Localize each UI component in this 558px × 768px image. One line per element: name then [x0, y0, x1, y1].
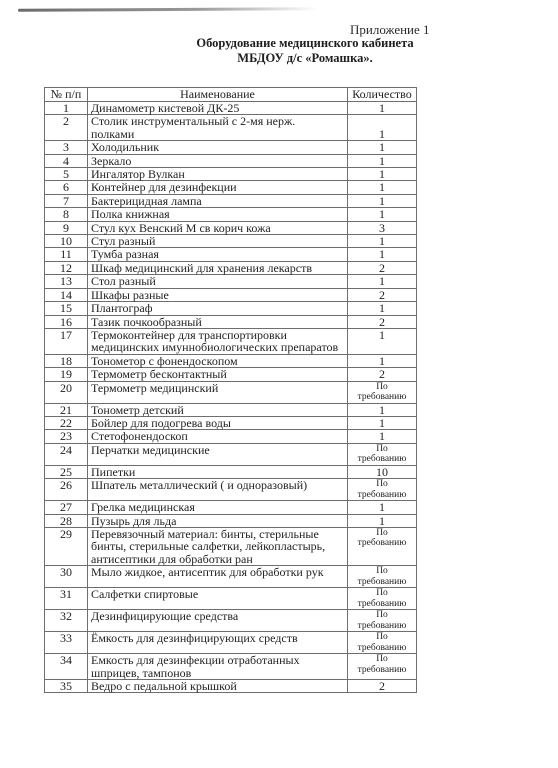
- item-quantity-text: 2: [379, 315, 385, 329]
- item-name: Плантограф: [88, 302, 348, 315]
- item-quantity: 1: [348, 430, 417, 443]
- row-number-text: 25: [60, 465, 72, 479]
- row-number: 20: [45, 381, 88, 403]
- item-quantity-text: По требованию: [358, 566, 407, 587]
- row-number-text: 35: [60, 679, 72, 693]
- table-row: 35Ведро с педальной крышкой2: [45, 680, 417, 693]
- item-name: Ёмкость для дезинфицирующих средств: [88, 632, 348, 654]
- item-name: Грелка медицинская: [88, 501, 348, 514]
- table-row: 25Пипетки10: [45, 465, 417, 478]
- item-name-text: Шкафы разные: [91, 288, 169, 302]
- item-name-text: Бактерицидная лампа: [91, 194, 202, 208]
- table-row: 13Стол разный1: [45, 275, 417, 288]
- item-name-text: Тонометр детский: [91, 403, 184, 417]
- item-quantity-text: 1: [379, 234, 385, 248]
- row-number-text: 24: [60, 443, 72, 457]
- header-number: № п/п: [45, 88, 88, 102]
- item-quantity-text: 1: [379, 180, 385, 194]
- item-name: Ингалятор Вулкан: [88, 168, 348, 181]
- item-quantity: 1: [348, 154, 417, 167]
- row-number-text: 30: [60, 565, 72, 579]
- row-number-text: 15: [60, 301, 72, 315]
- item-name-text: Термоконтейнер для транспортировки медиц…: [91, 328, 338, 354]
- row-number-text: 34: [60, 653, 72, 667]
- row-number: 3: [45, 141, 88, 154]
- title-line-2: МБДОУ д/с «Ромашка».: [190, 51, 420, 66]
- row-number-text: 1: [63, 101, 69, 115]
- row-number-text: 5: [63, 167, 69, 181]
- row-number-text: 10: [60, 234, 72, 248]
- row-number: 2: [45, 115, 88, 141]
- row-number: 33: [45, 632, 88, 654]
- item-quantity: 2: [348, 680, 417, 693]
- item-name: Емкость для дезинфекции отработанных шпр…: [88, 654, 348, 680]
- header-name: Наименование: [88, 88, 348, 102]
- item-quantity: 2: [348, 261, 417, 274]
- table-row: 30Мыло жидкое, антисептик для обработки …: [45, 566, 417, 588]
- table-row: 8Полка книжная1: [45, 208, 417, 221]
- item-name-text: Термометр бесконтактный: [91, 367, 227, 381]
- item-quantity: 1: [348, 181, 417, 194]
- item-name: Тазик почкообразный: [88, 315, 348, 328]
- item-name: Пузырь для льда: [88, 514, 348, 527]
- row-number: 32: [45, 610, 88, 632]
- row-number: 10: [45, 235, 88, 248]
- row-number: 28: [45, 514, 88, 527]
- item-quantity: 1: [348, 141, 417, 154]
- item-quantity: 3: [348, 221, 417, 234]
- item-name-text: Тонометор с фонендоскопом: [91, 354, 238, 368]
- row-number-text: 11: [60, 247, 72, 261]
- item-name-text: Полка книжная: [91, 207, 170, 221]
- row-number: 1: [45, 102, 88, 115]
- table-row: 31Салфетки спиртовыеПо требованию: [45, 588, 417, 610]
- row-number-text: 28: [60, 514, 72, 528]
- item-name: Пипетки: [88, 465, 348, 478]
- table-row: 33Ёмкость для дезинфицирующих средствПо …: [45, 632, 417, 654]
- row-number-text: 20: [60, 381, 72, 395]
- item-name: Стул разный: [88, 235, 348, 248]
- item-quantity-text: По требованию: [358, 654, 407, 675]
- item-name-text: Пипетки: [91, 465, 135, 479]
- item-quantity: По требованию: [348, 632, 417, 654]
- row-number: 30: [45, 566, 88, 588]
- item-quantity-text: 2: [379, 288, 385, 302]
- item-name: Тумба разная: [88, 248, 348, 261]
- item-name: Перчатки медицинские: [88, 443, 348, 465]
- table-row: 26Шпатель металлический ( и одноразовый)…: [45, 479, 417, 501]
- item-quantity: 1: [348, 115, 417, 141]
- item-name-text: Термометр медицинский: [91, 381, 218, 395]
- row-number-text: 6: [63, 180, 69, 194]
- item-quantity: По требованию: [348, 479, 417, 501]
- item-name-text: Стол разный: [91, 274, 156, 288]
- item-quantity-text: 3: [379, 221, 385, 235]
- row-number: 9: [45, 221, 88, 234]
- item-name-text: Динамометр кистевой ДК-25: [91, 101, 239, 115]
- item-name-text: Стетофонендоскоп: [91, 429, 188, 443]
- table-row: 29Перевязочный материал: бинты, стерильн…: [45, 527, 417, 565]
- item-quantity-text: 1: [379, 101, 385, 115]
- item-quantity-text: 1: [379, 167, 385, 181]
- table-row: 20Термометр медицинскийПо требованию: [45, 381, 417, 403]
- row-number-text: 7: [63, 194, 69, 208]
- item-name-text: Перевязочный материал: бинты, стерильные…: [91, 527, 325, 566]
- item-name: Тонометр детский: [88, 403, 348, 416]
- item-name-text: Тумба разная: [91, 247, 159, 261]
- item-name-text: Плантограф: [91, 301, 153, 315]
- row-number-text: 3: [63, 140, 69, 154]
- item-name: Шпатель металлический ( и одноразовый): [88, 479, 348, 501]
- row-number: 24: [45, 443, 88, 465]
- item-name: Дезинфицирующие средства: [88, 610, 348, 632]
- row-number: 8: [45, 208, 88, 221]
- item-quantity: 1: [348, 354, 417, 367]
- table-row: 6Контейнер для дезинфекции1: [45, 181, 417, 194]
- row-number: 11: [45, 248, 88, 261]
- item-quantity: 10: [348, 465, 417, 478]
- table-body: 1Динамометр кистевой ДК-2512Столик инстр…: [45, 102, 417, 693]
- item-name-text: Емкость для дезинфекции отработанных шпр…: [91, 653, 300, 679]
- item-name-text: Перчатки медицинские: [91, 443, 210, 457]
- row-number-text: 31: [60, 587, 72, 601]
- item-name-text: Шпатель металлический ( и одноразовый): [91, 478, 307, 492]
- header-quantity: Количество: [348, 88, 417, 102]
- item-quantity: 1: [348, 501, 417, 514]
- item-name: Бойлер для подогрева воды: [88, 416, 348, 429]
- row-number-text: 12: [60, 261, 72, 275]
- table-row: 3Холодильник1: [45, 141, 417, 154]
- table-row: 5Ингалятор Вулкан1: [45, 168, 417, 181]
- item-name: Зеркало: [88, 154, 348, 167]
- item-name: Термометр медицинский: [88, 381, 348, 403]
- row-number-text: 21: [60, 403, 72, 417]
- item-quantity-text: 1: [379, 140, 385, 154]
- item-name: Термоконтейнер для транспортировки медиц…: [88, 328, 348, 354]
- row-number: 26: [45, 479, 88, 501]
- item-quantity-text: По требованию: [358, 444, 407, 465]
- item-name-text: Стул разный: [91, 234, 155, 248]
- table-row: 27Грелка медицинская1: [45, 501, 417, 514]
- item-quantity: 1: [348, 403, 417, 416]
- item-quantity-text: По требованию: [358, 528, 407, 549]
- item-quantity-text: По требованию: [358, 479, 407, 500]
- item-name: Термометр бесконтактный: [88, 368, 348, 381]
- row-number-text: 27: [60, 500, 72, 514]
- row-number-text: 32: [60, 609, 72, 623]
- item-quantity-text: 1: [379, 154, 385, 168]
- item-name-text: Зеркало: [91, 154, 131, 168]
- item-quantity-text: 2: [379, 367, 385, 381]
- table-row: 12Шкаф медицинский для хранения лекарств…: [45, 261, 417, 274]
- table-row: 4Зеркало1: [45, 154, 417, 167]
- equipment-table: № п/п Наименование Количество 1Динамомет…: [44, 87, 417, 693]
- item-name: Стул кух Венский М св корич кожа: [88, 221, 348, 234]
- row-number: 27: [45, 501, 88, 514]
- row-number: 12: [45, 261, 88, 274]
- table-row: 24Перчатки медицинскиеПо требованию: [45, 443, 417, 465]
- item-quantity: По требованию: [348, 443, 417, 465]
- table-row: 19Термометр бесконтактный2: [45, 368, 417, 381]
- item-name: Салфетки спиртовые: [88, 588, 348, 610]
- row-number-text: 9: [63, 221, 69, 235]
- item-name: Контейнер для дезинфекции: [88, 181, 348, 194]
- item-quantity-text: 1: [379, 403, 385, 417]
- row-number-text: 16: [60, 315, 72, 329]
- item-name: Ведро с педальной крышкой: [88, 680, 348, 693]
- table-row: 22Бойлер для подогрева воды1: [45, 416, 417, 429]
- row-number: 25: [45, 465, 88, 478]
- table-header-row: № п/п Наименование Количество: [45, 88, 417, 102]
- row-number: 31: [45, 588, 88, 610]
- item-quantity-text: 1: [379, 354, 385, 368]
- item-quantity-text: 1: [379, 194, 385, 208]
- item-name-text: Стул кух Венский М св корич кожа: [91, 221, 271, 235]
- item-name: Перевязочный материал: бинты, стерильные…: [88, 527, 348, 565]
- table-row: 14Шкафы разные2: [45, 288, 417, 301]
- item-name: Стол разный: [88, 275, 348, 288]
- item-name-text: Контейнер для дезинфекции: [91, 180, 237, 194]
- item-name-text: Ингалятор Вулкан: [91, 167, 185, 181]
- row-number: 29: [45, 527, 88, 565]
- row-number-text: 4: [63, 154, 69, 168]
- row-number-text: 2: [63, 114, 69, 128]
- item-quantity: По требованию: [348, 588, 417, 610]
- table-row: 16Тазик почкообразный2: [45, 315, 417, 328]
- row-number-text: 33: [60, 631, 72, 645]
- row-number-text: 8: [63, 207, 69, 221]
- row-number-text: 19: [60, 367, 72, 381]
- item-quantity: 1: [348, 168, 417, 181]
- row-number: 23: [45, 430, 88, 443]
- row-number: 5: [45, 168, 88, 181]
- item-quantity-text: 1: [379, 328, 385, 342]
- item-quantity-text: 1: [379, 301, 385, 315]
- document-title: Оборудование медицинского кабинета МБДОУ…: [190, 36, 420, 66]
- table-row: 2Столик инструментальный с 2-мя нерж. по…: [45, 115, 417, 141]
- item-name: Холодильник: [88, 141, 348, 154]
- row-number-text: 22: [60, 416, 72, 430]
- row-number-text: 26: [60, 478, 72, 492]
- row-number-text: 17: [60, 328, 72, 342]
- table-row: 23Стетофонендоскоп1: [45, 430, 417, 443]
- item-name: Столик инструментальный с 2-мя нерж. пол…: [88, 115, 348, 141]
- row-number: 21: [45, 403, 88, 416]
- item-quantity-text: 10: [376, 465, 388, 479]
- table-row: 32Дезинфицирующие средстваПо требованию: [45, 610, 417, 632]
- item-quantity: По требованию: [348, 527, 417, 565]
- row-number: 4: [45, 154, 88, 167]
- scan-edge-artifact: [18, 7, 318, 12]
- item-quantity-text: 1: [379, 500, 385, 514]
- item-quantity-text: 2: [379, 679, 385, 693]
- row-number-text: 18: [60, 354, 72, 368]
- row-number-text: 23: [60, 429, 72, 443]
- title-line-1: Оборудование медицинского кабинета: [190, 36, 420, 51]
- item-name-text: Пузырь для льда: [91, 514, 176, 528]
- item-name-text: Шкаф медицинский для хранения лекарств: [91, 261, 312, 275]
- item-quantity: 2: [348, 288, 417, 301]
- item-quantity: 1: [348, 514, 417, 527]
- item-quantity: 1: [348, 328, 417, 354]
- item-name: Стетофонендоскоп: [88, 430, 348, 443]
- item-name-text: Салфетки спиртовые: [91, 587, 198, 601]
- row-number: 19: [45, 368, 88, 381]
- row-number: 14: [45, 288, 88, 301]
- row-number: 15: [45, 302, 88, 315]
- item-quantity: По требованию: [348, 610, 417, 632]
- table-row: 9Стул кух Венский М св корич кожа3: [45, 221, 417, 234]
- item-quantity-text: 1: [379, 207, 385, 221]
- table-row: 34Емкость для дезинфекции отработанных ш…: [45, 654, 417, 680]
- item-quantity: 1: [348, 194, 417, 207]
- item-quantity: 1: [348, 248, 417, 261]
- item-quantity: 1: [348, 102, 417, 115]
- item-name-text: Мыло жидкое, антисептик для обработки ру…: [91, 565, 324, 579]
- item-quantity: 1: [348, 416, 417, 429]
- item-quantity-text: 1: [379, 127, 385, 141]
- item-quantity-text: По требованию: [358, 632, 407, 653]
- table-row: 21Тонометр детский1: [45, 403, 417, 416]
- table-row: 28Пузырь для льда1: [45, 514, 417, 527]
- table-row: 11Тумба разная1: [45, 248, 417, 261]
- item-quantity-text: По требованию: [358, 588, 407, 609]
- table-row: 1Динамометр кистевой ДК-251: [45, 102, 417, 115]
- item-name: Динамометр кистевой ДК-25: [88, 102, 348, 115]
- item-quantity: По требованию: [348, 654, 417, 680]
- row-number: 22: [45, 416, 88, 429]
- table-row: 18Тонометор с фонендоскопом1: [45, 354, 417, 367]
- item-quantity-text: 1: [379, 514, 385, 528]
- row-number: 7: [45, 194, 88, 207]
- row-number: 13: [45, 275, 88, 288]
- item-quantity: По требованию: [348, 381, 417, 403]
- item-name-text: Дезинфицирующие средства: [91, 609, 238, 623]
- item-name-text: Ёмкость для дезинфицирующих средств: [91, 631, 298, 645]
- item-quantity-text: 1: [379, 247, 385, 261]
- item-quantity-text: По требованию: [358, 382, 407, 403]
- item-name: Бактерицидная лампа: [88, 194, 348, 207]
- item-quantity: 1: [348, 208, 417, 221]
- item-quantity-text: 1: [379, 429, 385, 443]
- item-name-text: Холодильник: [91, 140, 159, 154]
- item-name: Мыло жидкое, антисептик для обработки ру…: [88, 566, 348, 588]
- item-quantity: 1: [348, 302, 417, 315]
- item-quantity: 1: [348, 235, 417, 248]
- item-name-text: Тазик почкообразный: [91, 315, 202, 329]
- item-name-text: Грелка медицинская: [91, 500, 195, 514]
- row-number: 17: [45, 328, 88, 354]
- item-quantity: 2: [348, 315, 417, 328]
- row-number: 35: [45, 680, 88, 693]
- item-name-text: Бойлер для подогрева воды: [91, 416, 231, 430]
- item-name: Полка книжная: [88, 208, 348, 221]
- table-row: 17Термоконтейнер для транспортировки мед…: [45, 328, 417, 354]
- row-number: 18: [45, 354, 88, 367]
- row-number-text: 13: [60, 274, 72, 288]
- item-quantity-text: 1: [379, 416, 385, 430]
- item-name-text: Столик инструментальный с 2-мя нерж. пол…: [91, 114, 295, 140]
- table-row: 15Плантограф1: [45, 302, 417, 315]
- item-quantity: По требованию: [348, 566, 417, 588]
- item-quantity-text: 2: [379, 261, 385, 275]
- item-name: Шкафы разные: [88, 288, 348, 301]
- item-name-text: Ведро с педальной крышкой: [91, 679, 237, 693]
- row-number: 34: [45, 654, 88, 680]
- row-number: 6: [45, 181, 88, 194]
- item-quantity: 2: [348, 368, 417, 381]
- row-number-text: 29: [60, 527, 72, 541]
- table-row: 7Бактерицидная лампа1: [45, 194, 417, 207]
- item-name: Шкаф медицинский для хранения лекарств: [88, 261, 348, 274]
- item-name: Тонометор с фонендоскопом: [88, 354, 348, 367]
- table-row: 10Стул разный1: [45, 235, 417, 248]
- row-number: 16: [45, 315, 88, 328]
- item-quantity: 1: [348, 275, 417, 288]
- row-number-text: 14: [60, 288, 72, 302]
- item-quantity-text: 1: [379, 274, 385, 288]
- item-quantity-text: По требованию: [358, 610, 407, 631]
